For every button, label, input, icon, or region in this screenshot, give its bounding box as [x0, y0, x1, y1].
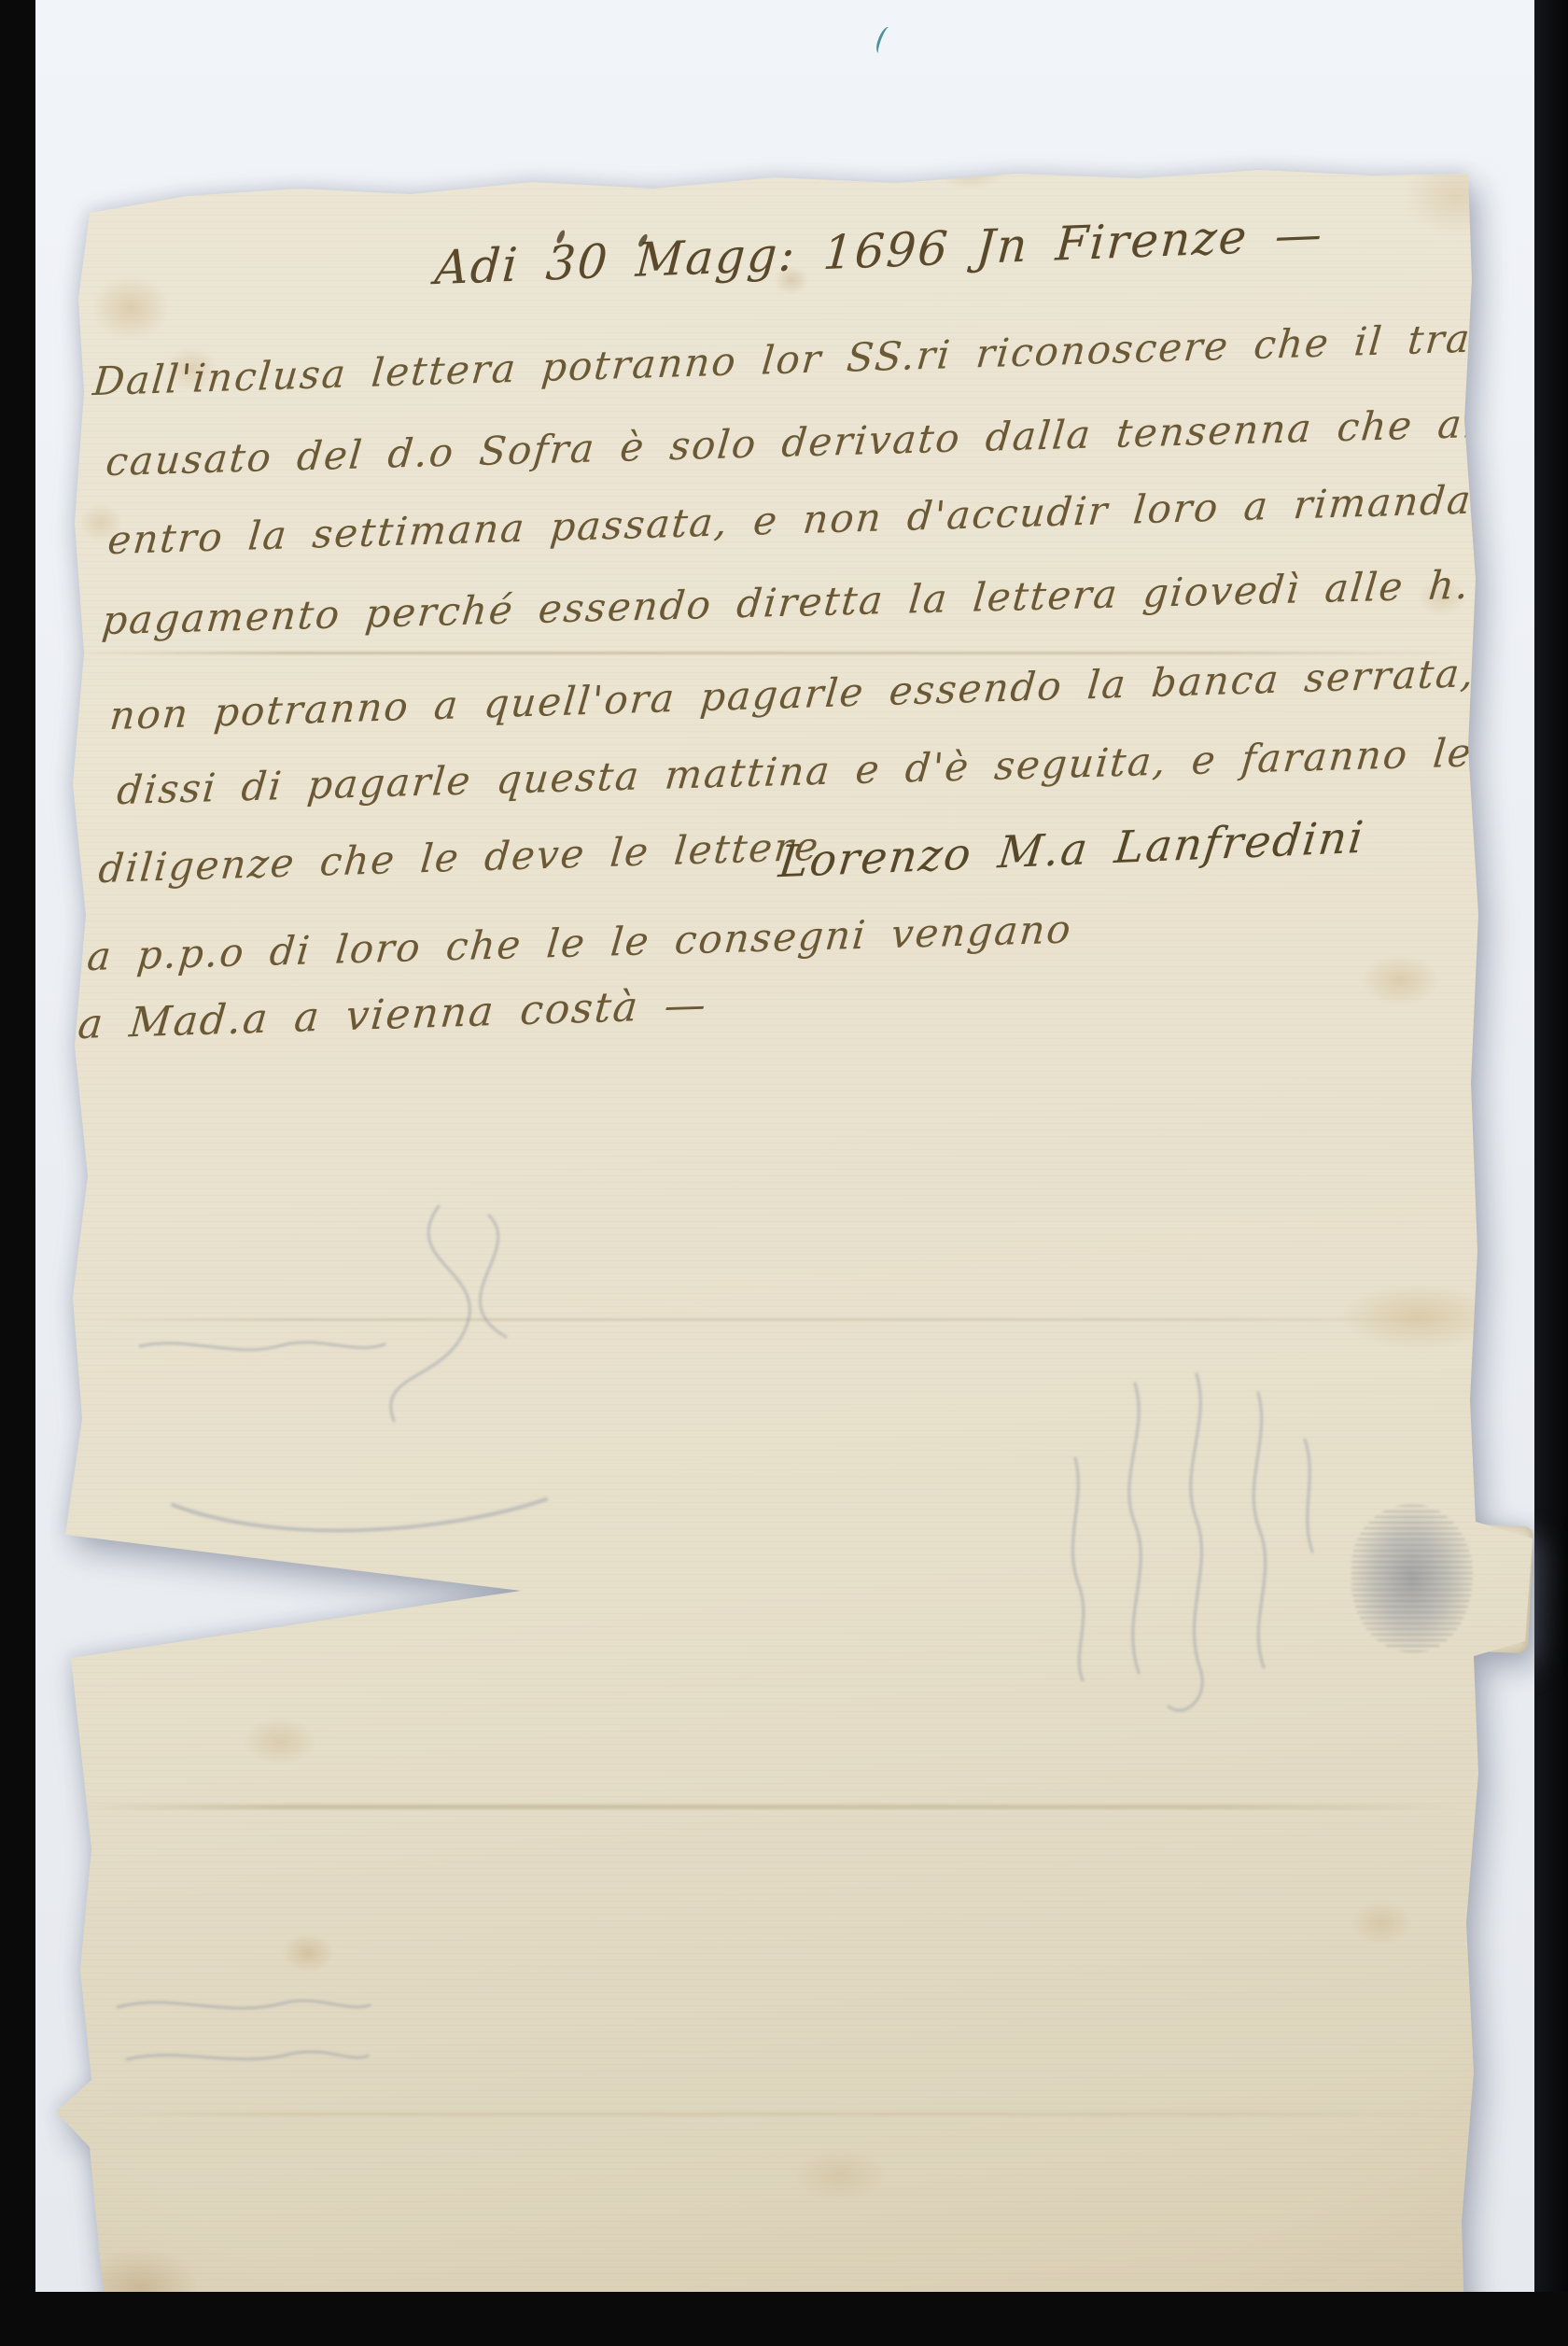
scanner-edge-bottom [0, 2292, 1568, 2346]
wax-seal-smudge [1351, 1505, 1473, 1652]
paper-sheet: Adi 30 Magg: 1696 Jn Firenze — Dall'incl… [0, 0, 1568, 2346]
paper-wrapper: Adi 30 Magg: 1696 Jn Firenze — Dall'incl… [0, 0, 1568, 2346]
letter-scan-photo: Adi 30 Magg: 1696 Jn Firenze — Dall'incl… [0, 0, 1568, 2346]
